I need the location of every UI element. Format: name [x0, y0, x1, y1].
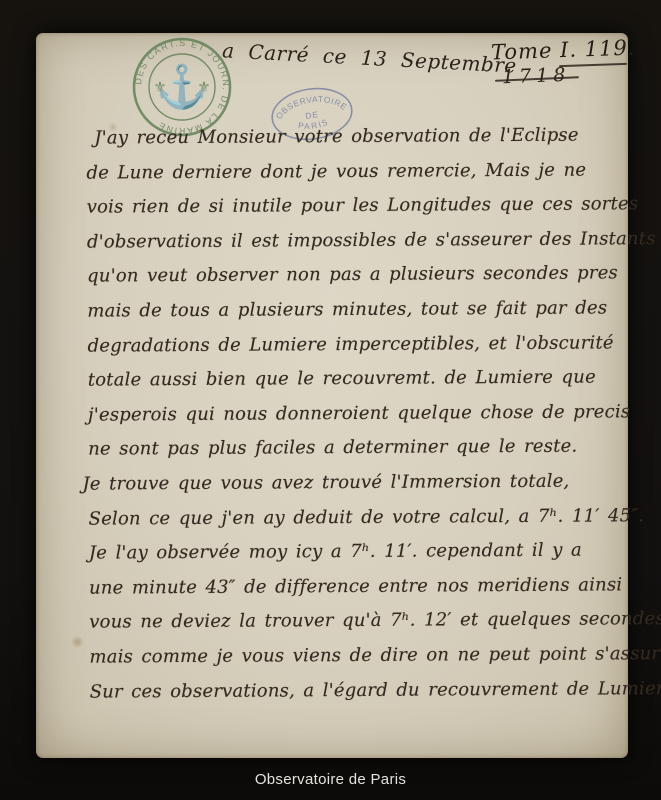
letter-body: J'ay receu Monsieur votre observation de…: [86, 118, 615, 709]
manuscript-line: degradations de Lumiere imperceptibles, …: [87, 326, 612, 364]
manuscript-line: mais de tous a plusieurs minutes, tout s…: [87, 291, 612, 329]
manuscript-line: mais comme je vous viens de dire on ne p…: [89, 637, 614, 675]
manuscript-line: Je trouve que vous avez trouvé l'Immersi…: [82, 464, 613, 502]
dateline: a Carré ce 13 Septembre: [222, 38, 518, 77]
manuscript-line: de Lune derniere dont je vous remercie, …: [86, 153, 611, 191]
manuscript-line: Sur ces observations, a l'égard du recou…: [90, 672, 615, 710]
manuscript-line: vous ne deviez la trouver qu'à 7ʰ. 12′ e…: [89, 603, 614, 641]
manuscript-line: totale aussi bien que le recouvremt. de …: [88, 361, 613, 399]
fleur-de-lis-icon: ⚜: [153, 79, 166, 96]
letter-page: DES CART.S ET JOURN. DE LA MARINE ⚓ ⚜ ⚜ …: [36, 33, 628, 758]
manuscript-line: j'esperois qui nous donneroient quelque …: [88, 395, 613, 433]
fleur-de-lis-icon: ⚜: [197, 79, 210, 96]
stamp-text-de: DE: [305, 109, 320, 121]
manuscript-line: une minute 43″ de difference entre nos m…: [89, 568, 614, 606]
letter-photograph: DES CART.S ET JOURN. DE LA MARINE ⚓ ⚜ ⚜ …: [0, 0, 661, 800]
manuscript-line: qu'on veut observer non pas a plusieurs …: [87, 257, 612, 295]
manuscript-line: d'observations il est impossibles de s'a…: [87, 222, 612, 260]
manuscript-line: Je l'ay observée moy icy a 7ʰ. 11′. cepe…: [89, 534, 614, 572]
manuscript-line: ne sont pas plus faciles a determiner qu…: [88, 430, 613, 468]
manuscript-line: Selon ce que j'en ay deduit de votre cal…: [89, 499, 614, 537]
manuscript-line: J'ay receu Monsieur votre observation de…: [94, 118, 611, 156]
manuscript-line: vois rien de si inutile pour les Longitu…: [87, 188, 612, 226]
photo-caption: Observatoire de Paris: [0, 771, 661, 788]
